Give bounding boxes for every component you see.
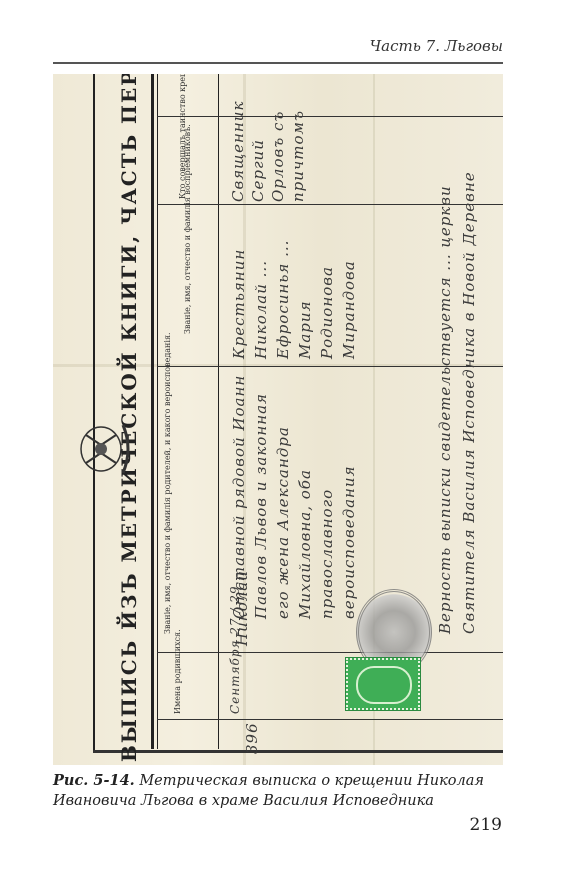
- page-number: 219: [470, 815, 502, 835]
- revenue-stamp-icon: [346, 658, 420, 710]
- frame-line: [218, 74, 219, 749]
- caption-label: Рис. 5-14.: [53, 772, 135, 789]
- header-rule: [53, 62, 503, 64]
- running-head: Часть 7. Льговы: [370, 37, 503, 55]
- figure-scan: ВЫПИСЬ ЙЗЪ МЕТРИЧЕСКОЙ КНИГИ, ЧАСТЬ ПЕРВ…: [53, 74, 503, 765]
- entry-godparents: Крестьянин Николай ... Ефросинья ... Мар…: [228, 209, 360, 359]
- column-header: Кто совершалъ таинство крещенія.: [178, 74, 187, 199]
- column-header: Имена родившихся.: [173, 629, 182, 714]
- column-divider: [157, 652, 503, 653]
- eagle-emblem-icon: [71, 420, 141, 478]
- figure-caption: Рис. 5-14. Метрическая выписка о крещени…: [53, 771, 513, 811]
- entry-priest: Священник Сергий Орловъ съ причтомъ: [228, 92, 308, 202]
- column-header: Званіе, имя, отчество и фамилія родителе…: [163, 332, 172, 634]
- frame-line: [93, 74, 95, 752]
- frame-line: [157, 74, 158, 749]
- column-divider: [157, 719, 503, 720]
- certification-text: Верность выписки свидетельствуется ... ц…: [433, 94, 481, 634]
- frame-line: [93, 750, 503, 753]
- document-printed-title: ВЫПИСЬ ЙЗЪ МЕТРИЧЕСКОЙ КНИГИ, ЧАСТЬ ПЕРВ…: [117, 74, 141, 762]
- entry-parents: Отставной рядовой Иоанн Павлов Львов и з…: [228, 369, 360, 619]
- frame-line: [151, 74, 154, 749]
- entry-number: 396: [243, 722, 261, 754]
